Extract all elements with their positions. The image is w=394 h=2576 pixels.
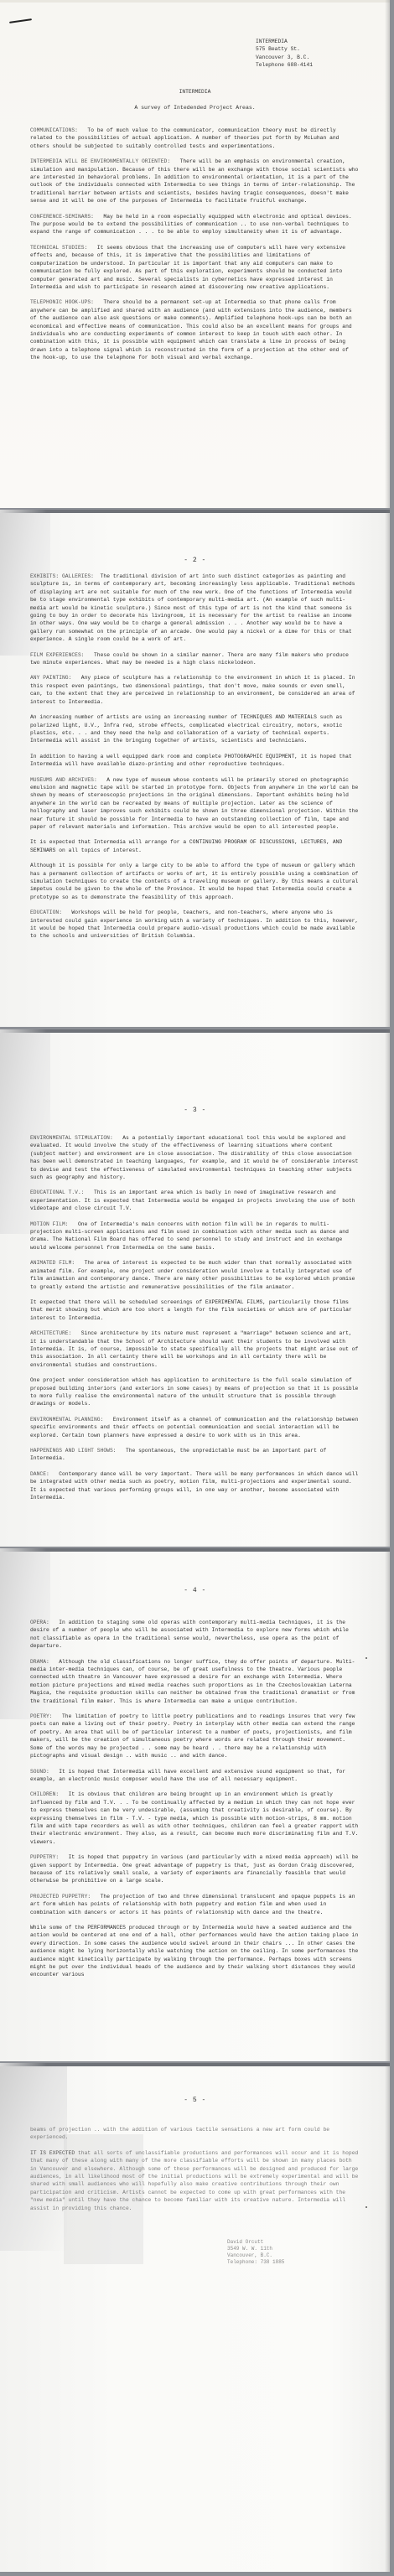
section-text: It seems obvious that the increasing use… (30, 245, 345, 290)
section-heading: CHILDREN: (30, 1791, 59, 1797)
section-heading: PROJECTED PUPPETRY: (30, 1894, 91, 1900)
section-tactile-sensations: beams of projection .. with the addition… (30, 2126, 359, 2142)
section-continuing-program: It is expected that Intermedia will arra… (30, 838, 359, 854)
section-text: The traditional division of art into suc… (30, 573, 355, 642)
section-text: Contemporary dance will be very importan… (30, 1471, 358, 1501)
section-heading: SOUND: (30, 1769, 49, 1775)
section-environmental-planning: ENVIRONMENTAL PLANNING: Environment itse… (30, 1416, 359, 1439)
letterhead-name: INTERMEDIA (256, 38, 313, 45)
section-heading: MUSEUMS AND ARCHIVES: (30, 777, 97, 783)
section-educational-tv: EDUCATIONAL T.V.: This is an important a… (30, 1189, 359, 1212)
signature-block: David Orcutt 3549 W. W. 11th Vancouver, … (227, 2239, 284, 2266)
page-5-body: beams of projection .. with the addition… (30, 2126, 359, 2220)
scan-speck (365, 2206, 367, 2208)
section-happenings-light-shows: HAPPENINGS AND LIGHT SHOWS: The spontane… (30, 1447, 359, 1463)
page-2-body: EXHIBITS: GALLERIES: The traditional div… (30, 573, 359, 948)
section-sound: SOUND: It is hoped that Intermedia will … (30, 1768, 359, 1784)
section-heading: COMMUNICATIONS: (30, 127, 78, 133)
section-technical-studies: TECHNICAL STUDIES: It seems obvious that… (30, 244, 359, 291)
section-heading: ARCHITECTURE: (30, 1330, 71, 1336)
section-heading: TECHNICAL STUDIES: (30, 245, 87, 251)
section-heading: HAPPENINGS AND LIGHT SHOWS: (30, 1448, 117, 1454)
page-number: - 3 - (0, 1107, 390, 1114)
signature-street: 3549 W. W. 11th (227, 2246, 284, 2252)
section-text: In addition to having a well equipped da… (30, 754, 352, 767)
section-heading: MOTION FILM: (30, 1221, 69, 1227)
page-separator (0, 1029, 390, 1033)
section-text: It is expected that Intermedia will arra… (30, 839, 342, 853)
section-conference-seminars: CONFERENCE-SEMINARS: May be held in a ro… (30, 213, 359, 236)
section-film-experiences: FILM EXPERIENCES: These could be shown i… (30, 651, 359, 667)
section-heading: EXHIBITS: GALLERIES: (30, 573, 94, 579)
page-number: - 5 - (0, 2097, 390, 2104)
section-environmentally-oriented: INTERMEDIA WILL BE ENVIRONMENTALLY ORIEN… (30, 158, 359, 205)
section-text: It is hoped that Intermedia will have ex… (30, 1769, 345, 1782)
section-animated-film: ANIMATED FILM: The area of interest is e… (30, 1259, 359, 1291)
section-museums-archives: MUSEUMS AND ARCHIVES: A new type of muse… (30, 776, 359, 832)
section-dance: DANCE: Contemporary dance will be very i… (30, 1470, 359, 1502)
document-page-3: - 3 - ENVIRONMENTAL STIMULATION: As a po… (0, 1029, 390, 1547)
section-text: Any piece of sculpture has a relationshi… (30, 675, 355, 704)
page-number: - 4 - (0, 1587, 390, 1594)
document-subtitle: A survey of Intedended Project Areas. (0, 105, 390, 111)
section-text: beams of projection .. with the addition… (30, 2127, 329, 2140)
section-photographic-equipment: In addition to having a well equipped da… (30, 753, 359, 769)
section-heading: TELEPHONIC HOOK-UPS: (30, 299, 94, 305)
section-communications: COMMUNICATIONS: To be of much value to t… (30, 127, 359, 150)
document-page-1: INTERMEDIA 575 Beatty St. Vancouver 3, B… (0, 0, 390, 508)
section-heading: PUPPETRY: (30, 1854, 59, 1860)
page-3-body: ENVIRONMENTAL STIMULATION: As a potentia… (30, 1134, 359, 1509)
section-heading: ANY PAINTING: (30, 675, 71, 681)
section-heading: IT IS EXPECTED (30, 2150, 75, 2156)
section-text: It is hoped that puppetry in various (an… (30, 1854, 358, 1884)
section-text: One project under consideration which ha… (30, 1377, 358, 1407)
signature-phone: Telephone: 738 1885 (227, 2259, 284, 2266)
letterhead-phone: Telephone 688-4141 (256, 61, 313, 69)
section-experimental-films: It expected that there will be scheduled… (30, 1298, 359, 1322)
scan-speck (365, 1657, 367, 1659)
section-text: Since architecture by its nature must re… (30, 1330, 358, 1368)
section-heading: ENVIRONMENTAL PLANNING: (30, 1417, 103, 1423)
signature-city: Vancouver, B.C. (227, 2252, 284, 2259)
section-text: There should be a permanent set-up at In… (30, 299, 352, 360)
document-page-5: - 5 - beams of projection .. with the ad… (0, 2063, 390, 2572)
section-opera: OPERA: In addition to staging some old o… (30, 1619, 359, 1651)
section-projected-puppetry: PROJECTED PUPPETRY: The projection of tw… (30, 1893, 359, 1916)
section-motion-film: MOTION FILM: One of Intermedia's main co… (30, 1221, 359, 1252)
page-separator (0, 1548, 390, 1552)
section-text: While some of the PERFORMANCES produced … (30, 1925, 358, 1977)
section-text: It is obvious that children are being br… (30, 1791, 358, 1844)
document-page-4: - 4 - OPERA: In addition to staging some… (0, 1548, 390, 2061)
section-text: One of Intermedia's main concerns with m… (30, 1221, 349, 1251)
section-heading: EDUCATION: (30, 910, 62, 915)
page-4-body: OPERA: In addition to staging some old o… (30, 1619, 359, 1987)
section-text: A new type of museum whose contents will… (30, 777, 358, 830)
section-heading: EDUCATIONAL T.V.: (30, 1190, 85, 1195)
section-text: Although the old classifications no long… (30, 1659, 355, 1704)
section-text: In addition to staging some old operas w… (30, 1620, 349, 1649)
section-text: As a potentially important educational t… (30, 1135, 358, 1180)
section-telephonic-hookups: TELEPHONIC HOOK-UPS: There should be a p… (30, 298, 359, 361)
section-poetry: POETRY: The limitation of poetry to litt… (30, 1713, 359, 1760)
section-text: that all sorts of unclassifiable product… (30, 2150, 358, 2211)
section-performances: While some of the PERFORMANCES produced … (30, 1924, 359, 1979)
page-1-body: COMMUNICATIONS: To be of much value to t… (30, 127, 359, 370)
letterhead: INTERMEDIA 575 Beatty St. Vancouver 3, B… (256, 38, 313, 69)
section-heading: INTERMEDIA WILL BE ENVIRONMENTALLY ORIEN… (30, 158, 170, 164)
section-text: The limitation of poetry to little poetr… (30, 1713, 355, 1759)
section-children: CHILDREN: It is obvious that children ar… (30, 1791, 359, 1846)
section-text: Although it is possible for only a large… (30, 863, 358, 900)
section-heading: DRAMA: (30, 1659, 49, 1665)
section-puppetry: PUPPETRY: It is hoped that puppetry in v… (30, 1853, 359, 1885)
page-number: - 2 - (0, 557, 390, 564)
letterhead-street: 575 Beatty St. (256, 45, 313, 53)
section-heading: FILM EXPERIENCES: (30, 652, 85, 658)
pen-mark (9, 18, 32, 23)
section-exhibits-galleries: EXHIBITS: GALLERIES: The traditional div… (30, 573, 359, 644)
section-building-simulation: One project under consideration which ha… (30, 1376, 359, 1408)
section-heading: CONFERENCE-SEMINARS: (30, 214, 94, 220)
section-drama: DRAMA: Although the old classifications … (30, 1658, 359, 1705)
section-heading: POETRY: (30, 1713, 53, 1719)
section-traveling-museum: Although it is possible for only a large… (30, 862, 359, 901)
document-title: INTERMEDIA (0, 89, 390, 95)
section-heading: DANCE: (30, 1471, 49, 1477)
section-text: There will be an emphasis on environment… (30, 158, 358, 204)
section-text: The area of interest is expected to be m… (30, 1260, 355, 1289)
section-education: EDUCATION: Workshops will be held for pe… (30, 909, 359, 941)
letterhead-city: Vancouver 3, B.C. (256, 54, 313, 61)
section-text: An increasing number of artists are usin… (30, 714, 342, 744)
section-text: It expected that there will be scheduled… (30, 1299, 352, 1321)
section-architecture: ARCHITECTURE: Since architecture by its … (30, 1329, 359, 1369)
section-heading: ENVIRONMENTAL STIMULATION: (30, 1135, 113, 1141)
document-page-2: - 2 - EXHIBITS: GALLERIES: The tradition… (0, 510, 390, 1027)
section-techniques-materials: An increasing number of artists are usin… (30, 713, 359, 745)
section-environmental-stimulation: ENVIRONMENTAL STIMULATION: As a potentia… (30, 1134, 359, 1181)
page-separator (0, 510, 390, 513)
section-it-is-expected: IT IS EXPECTED that all sorts of unclass… (30, 2149, 359, 2212)
section-heading: OPERA: (30, 1620, 49, 1625)
section-text: Workshops will be held for people, teach… (30, 910, 358, 939)
section-any-painting: ANY PAINTING: Any piece of sculpture has… (30, 674, 359, 706)
signature-name: David Orcutt (227, 2239, 284, 2246)
section-heading: ANIMATED FILM: (30, 1260, 75, 1266)
